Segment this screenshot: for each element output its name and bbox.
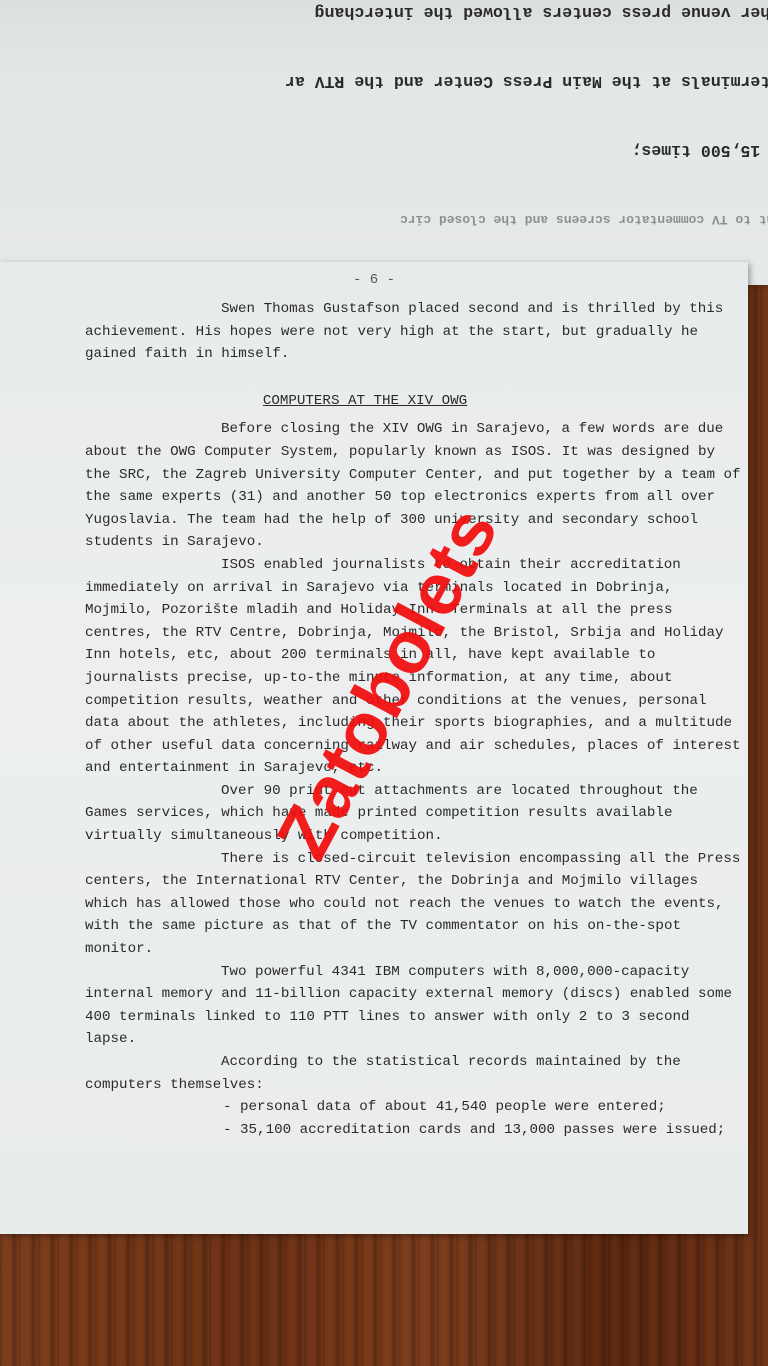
page-content: Swen Thomas Gustafson placed second and … <box>85 298 745 1141</box>
list-item: - personal data of about 41,540 people w… <box>223 1096 745 1119</box>
back-sheet-text: sent to TV commentator screens and the c… <box>30 0 768 277</box>
section-heading: COMPUTERS AT THE XIV OWG <box>85 390 745 413</box>
page-number: - 6 - <box>0 272 748 288</box>
back-sheet-line: TV 15,500 times; <box>30 139 768 162</box>
paragraph: ISOS enabled journalists to obtain their… <box>85 554 745 780</box>
paragraph: Two powerful 4341 IBM computers with 8,0… <box>85 961 745 1051</box>
back-sheet-upside-down: sent to TV commentator screens and the c… <box>0 0 768 285</box>
document-page: - 6 - Swen Thomas Gustafson placed secon… <box>0 262 748 1234</box>
back-sheet-line: sent to TV commentator screens and the c… <box>30 208 768 231</box>
paragraph: Before closing the XIV OWG in Sarajevo, … <box>85 418 745 554</box>
paragraph-intro: Swen Thomas Gustafson placed second and … <box>85 298 745 366</box>
paragraph: There is closed-circuit television encom… <box>85 848 745 961</box>
back-sheet-line: - terminals at the Main Press Center and… <box>30 70 768 93</box>
paragraph: According to the statistical records mai… <box>85 1051 745 1096</box>
list-item: - 35,100 accreditation cards and 13,000 … <box>223 1119 745 1142</box>
paragraph: Over 90 print-out attachments are locate… <box>85 780 745 848</box>
statistics-list: - personal data of about 41,540 people w… <box>223 1096 745 1141</box>
back-sheet-line: other venue press centers allowed the in… <box>30 1 768 24</box>
